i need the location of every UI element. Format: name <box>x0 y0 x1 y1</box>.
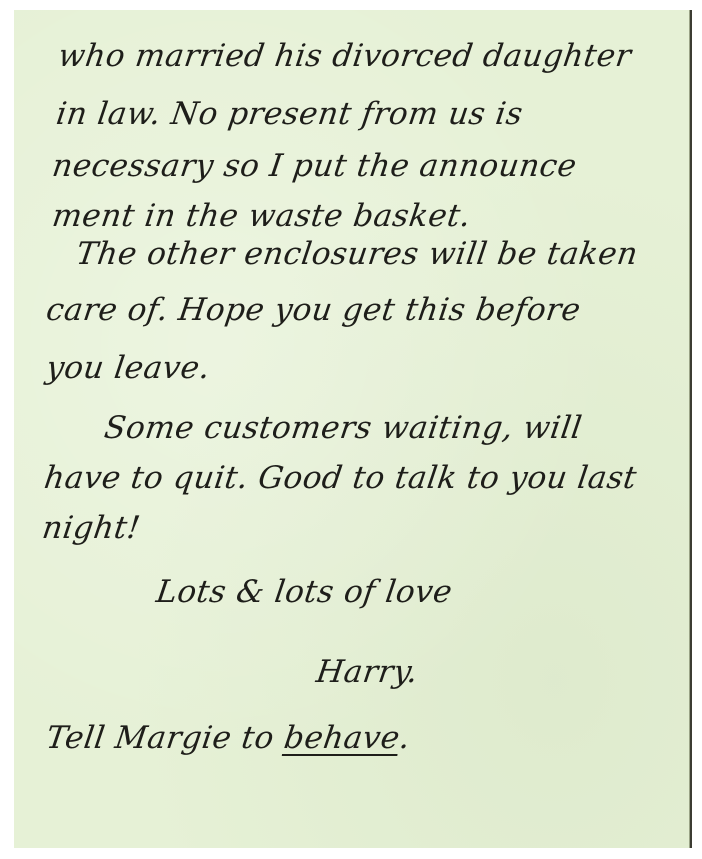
letter-postscript: Tell Margie to behave. <box>44 720 413 756</box>
letter-line-10: night! <box>40 510 143 546</box>
letter-line-6: care of. Hope you get this before <box>44 292 583 328</box>
letter-signature: Harry. <box>314 654 420 690</box>
letter-line-2: in law. No present from us is <box>54 96 525 132</box>
scanned-letter-page: who married his divorced daughter in law… <box>0 0 702 859</box>
postscript-underlined-word: behave <box>282 720 403 756</box>
letter-line-7: you leave. <box>44 350 213 386</box>
letter-closing: Lots & lots of love <box>154 574 455 610</box>
letter-paper: who married his divorced daughter in law… <box>14 10 692 848</box>
letter-line-3: necessary so I put the announce <box>50 148 579 184</box>
letter-line-1: who married his divorced daughter <box>56 38 634 74</box>
letter-line-8: Some customers waiting, will <box>102 410 584 446</box>
letter-line-9: have to quit. Good to talk to you last <box>42 460 639 496</box>
letter-line-5: The other enclosures will be taken <box>74 236 640 272</box>
postscript-prefix: Tell Margie to <box>44 720 287 756</box>
letter-line-4: ment in the waste basket. <box>50 198 473 234</box>
